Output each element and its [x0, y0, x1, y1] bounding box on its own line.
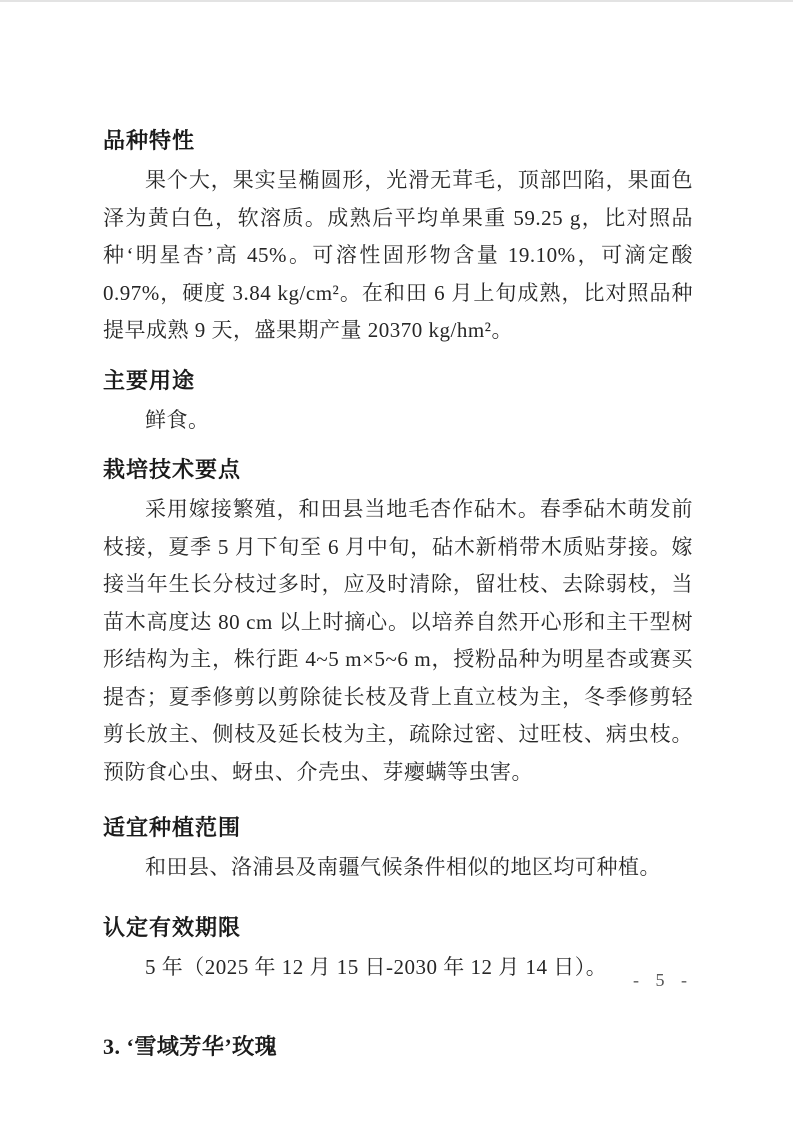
spacer [103, 887, 693, 897]
section-heading-variety-traits: 品种特性 [103, 122, 693, 160]
section-heading-cultivation-techniques: 栽培技术要点 [103, 451, 693, 489]
next-entry-heading-rose-variety: 3. ‘雪域芳华’玫瑰 [103, 1032, 693, 1062]
scanned-document-page: { "page": { "number_label": "- 5 -" }, "… [0, 0, 793, 1122]
suitable-planting-range-paragraph: 和田县、洛浦县及南疆气候条件相似的地区均可种植。 [103, 849, 693, 887]
cultivation-techniques-paragraph: 采用嫁接繁殖，和田县当地毛杏作砧木。春季砧木萌发前枝接，夏季 5 月下旬至 6 … [103, 491, 693, 791]
variety-traits-paragraph: 果个大，果实呈椭圆形，光滑无茸毛，顶部凹陷，果面色泽为黄白色，软溶质。成熟后平均… [103, 162, 693, 350]
section-heading-suitable-planting-range: 适宜种植范围 [103, 809, 693, 847]
scan-edge-artifact [0, 0, 793, 2]
validity-period-paragraph: 5 年（2025 年 12 月 15 日-2030 年 12 月 14 日）。 [103, 949, 693, 987]
page-number: - 5 - [633, 968, 693, 992]
document-content: 品种特性 果个大，果实呈椭圆形，光滑无茸毛，顶部凹陷，果面色泽为黄白色，软溶质。… [103, 122, 693, 1062]
section-heading-main-uses: 主要用途 [103, 362, 693, 400]
main-uses-paragraph: 鲜食。 [103, 402, 693, 440]
spacer [103, 791, 693, 797]
section-heading-validity-period: 认定有效期限 [103, 909, 693, 947]
